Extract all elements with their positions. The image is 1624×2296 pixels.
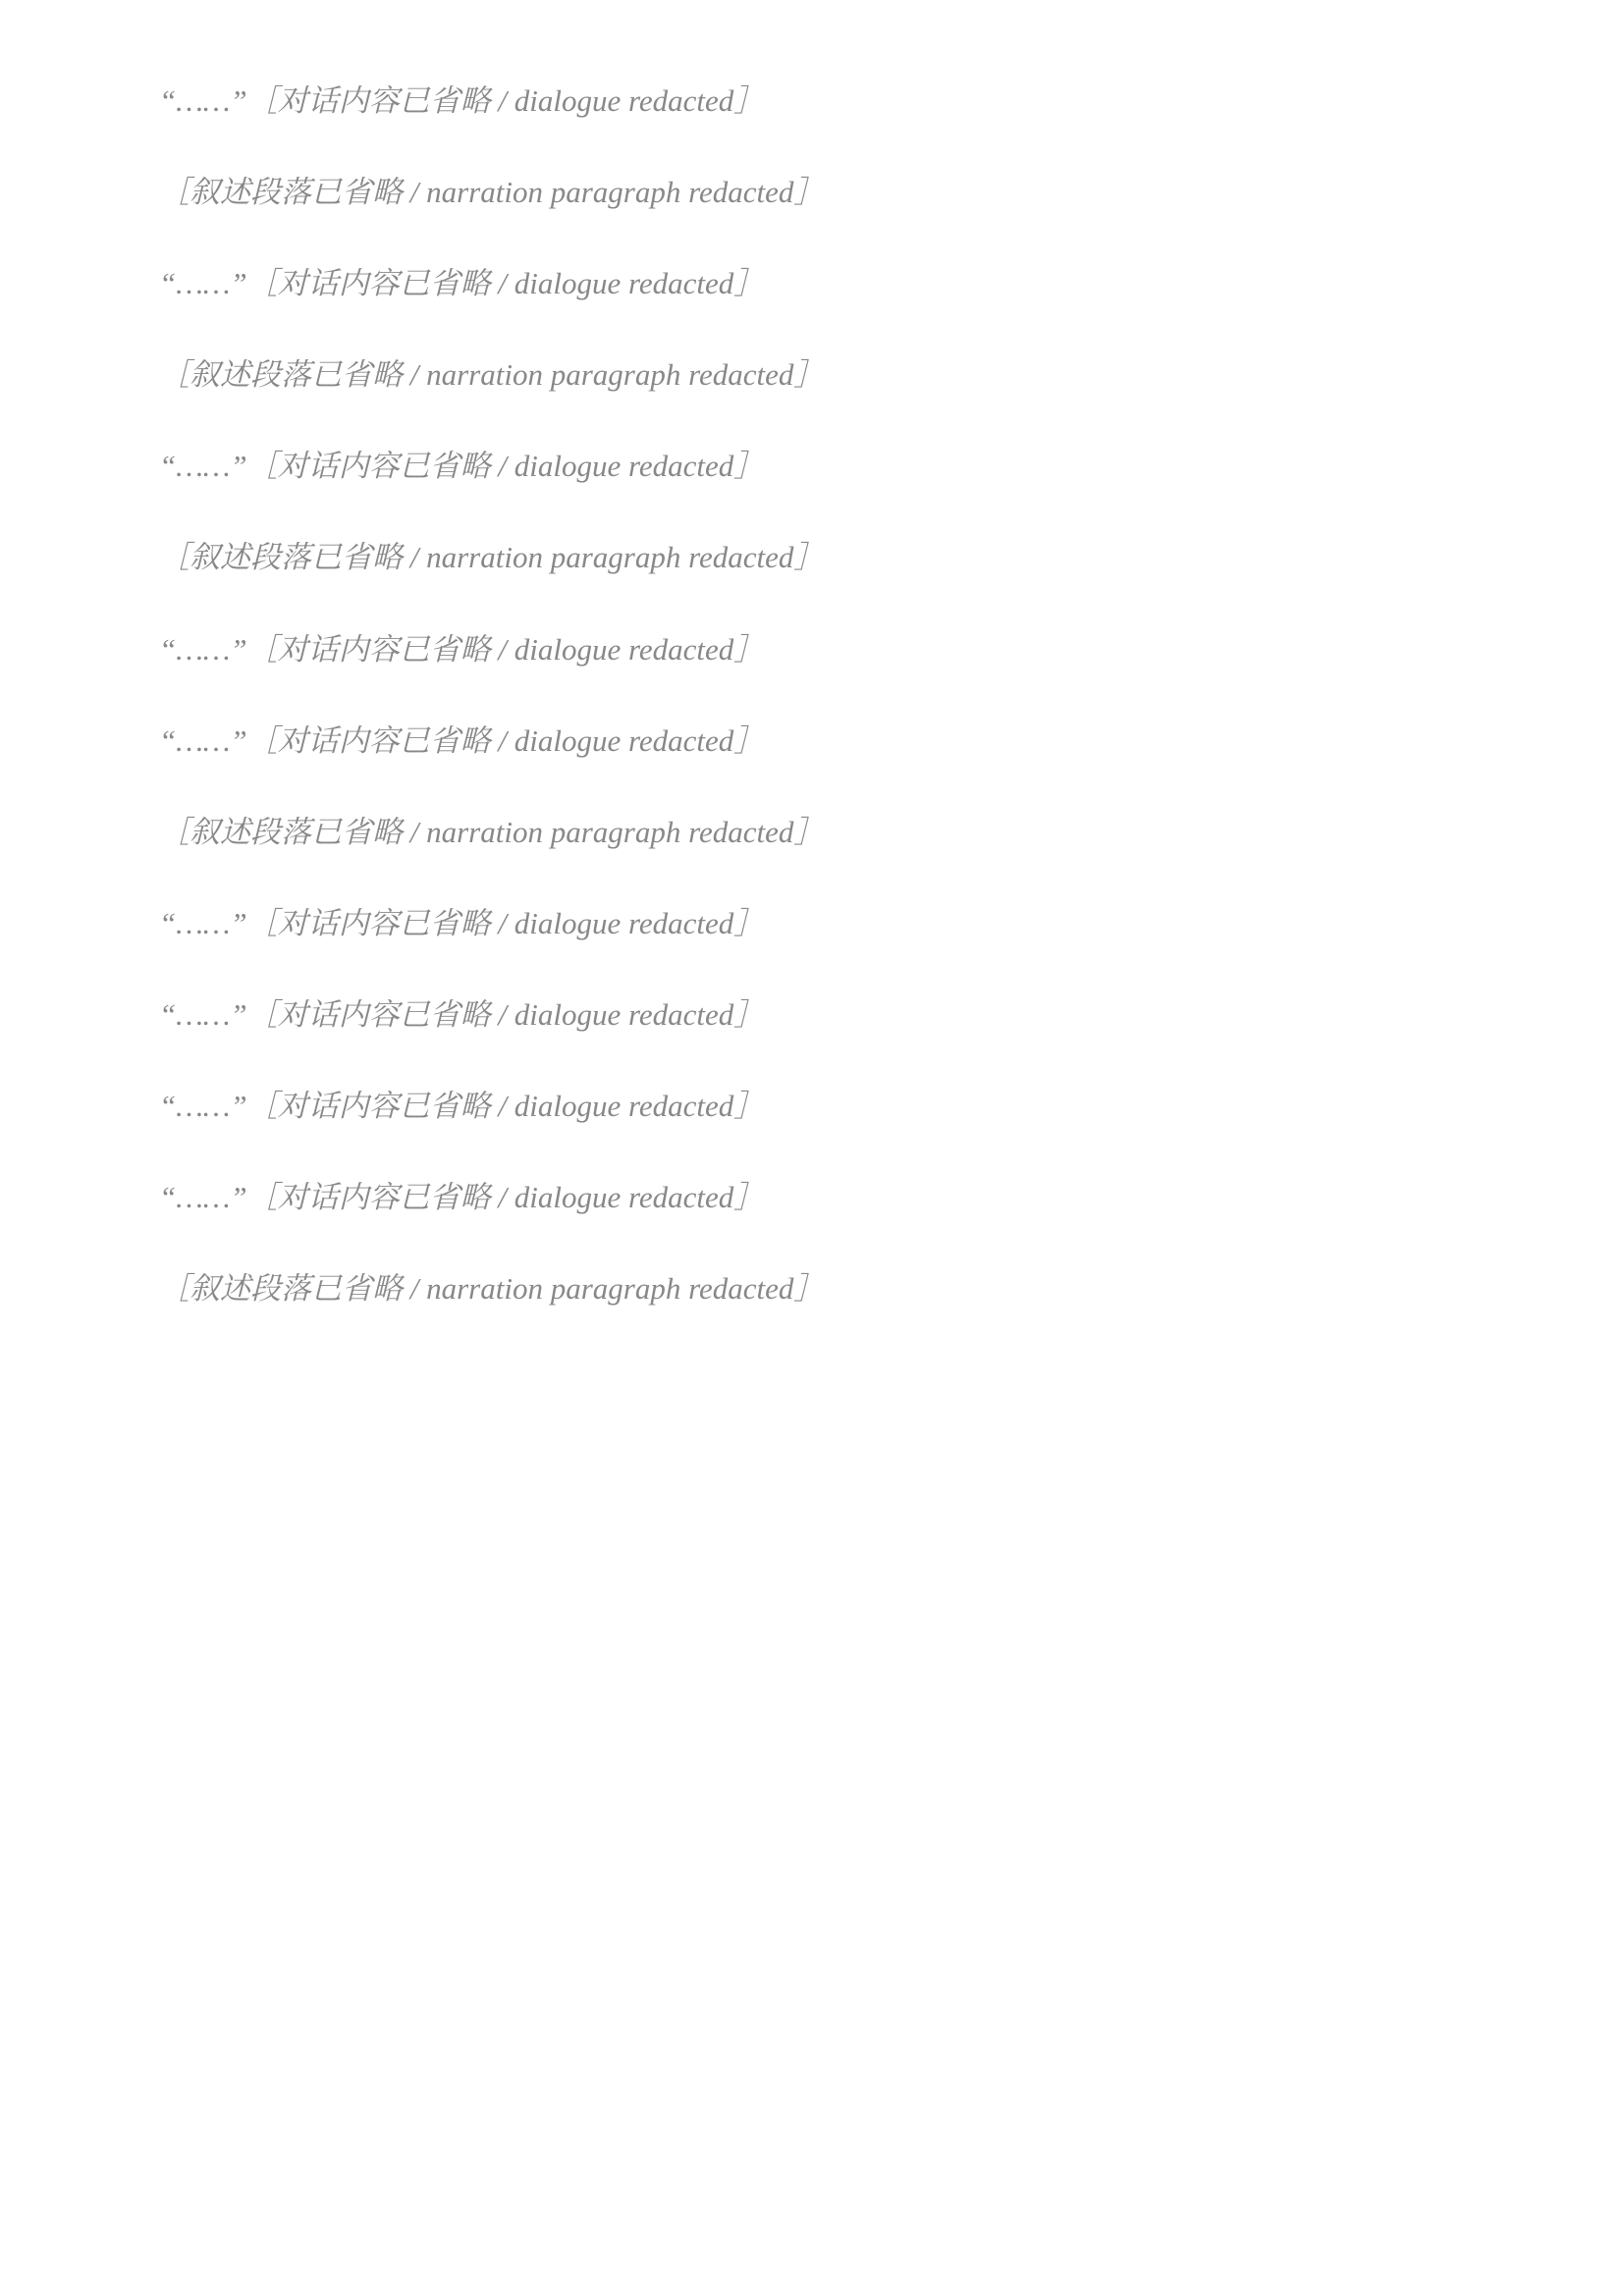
paragraph-dialogue: “……”［对话内容已省略 / dialogue redacted］ [98,69,1526,133]
paragraph-dialogue: “……”［对话内容已省略 / dialogue redacted］ [98,617,1526,681]
paragraph-narration: ［叙述段落已省略 / narration paragraph redacted］ [98,1256,1526,1320]
paragraph-narration: ［叙述段落已省略 / narration paragraph redacted］ [98,160,1526,224]
paragraph-container: “……”［对话内容已省略 / dialogue redacted］［叙述段落已省… [98,69,1526,1320]
paragraph-dialogue: “……”［对话内容已省略 / dialogue redacted］ [98,251,1526,315]
document-page: “……”［对话内容已省略 / dialogue redacted］［叙述段落已省… [0,0,1624,2296]
paragraph-dialogue: “……”［对话内容已省略 / dialogue redacted］ [98,709,1526,773]
paragraph-narration: ［叙述段落已省略 / narration paragraph redacted］ [98,343,1526,406]
paragraph-narration: ［叙述段落已省略 / narration paragraph redacted］ [98,525,1526,589]
paragraph-narration: ［叙述段落已省略 / narration paragraph redacted］ [98,800,1526,864]
paragraph-dialogue: “……”［对话内容已省略 / dialogue redacted］ [98,1165,1526,1229]
paragraph-dialogue: “……”［对话内容已省略 / dialogue redacted］ [98,434,1526,498]
paragraph-dialogue: “……”［对话内容已省略 / dialogue redacted］ [98,1074,1526,1138]
paragraph-dialogue: “……”［对话内容已省略 / dialogue redacted］ [98,891,1526,955]
paragraph-dialogue: “……”［对话内容已省略 / dialogue redacted］ [98,983,1526,1046]
